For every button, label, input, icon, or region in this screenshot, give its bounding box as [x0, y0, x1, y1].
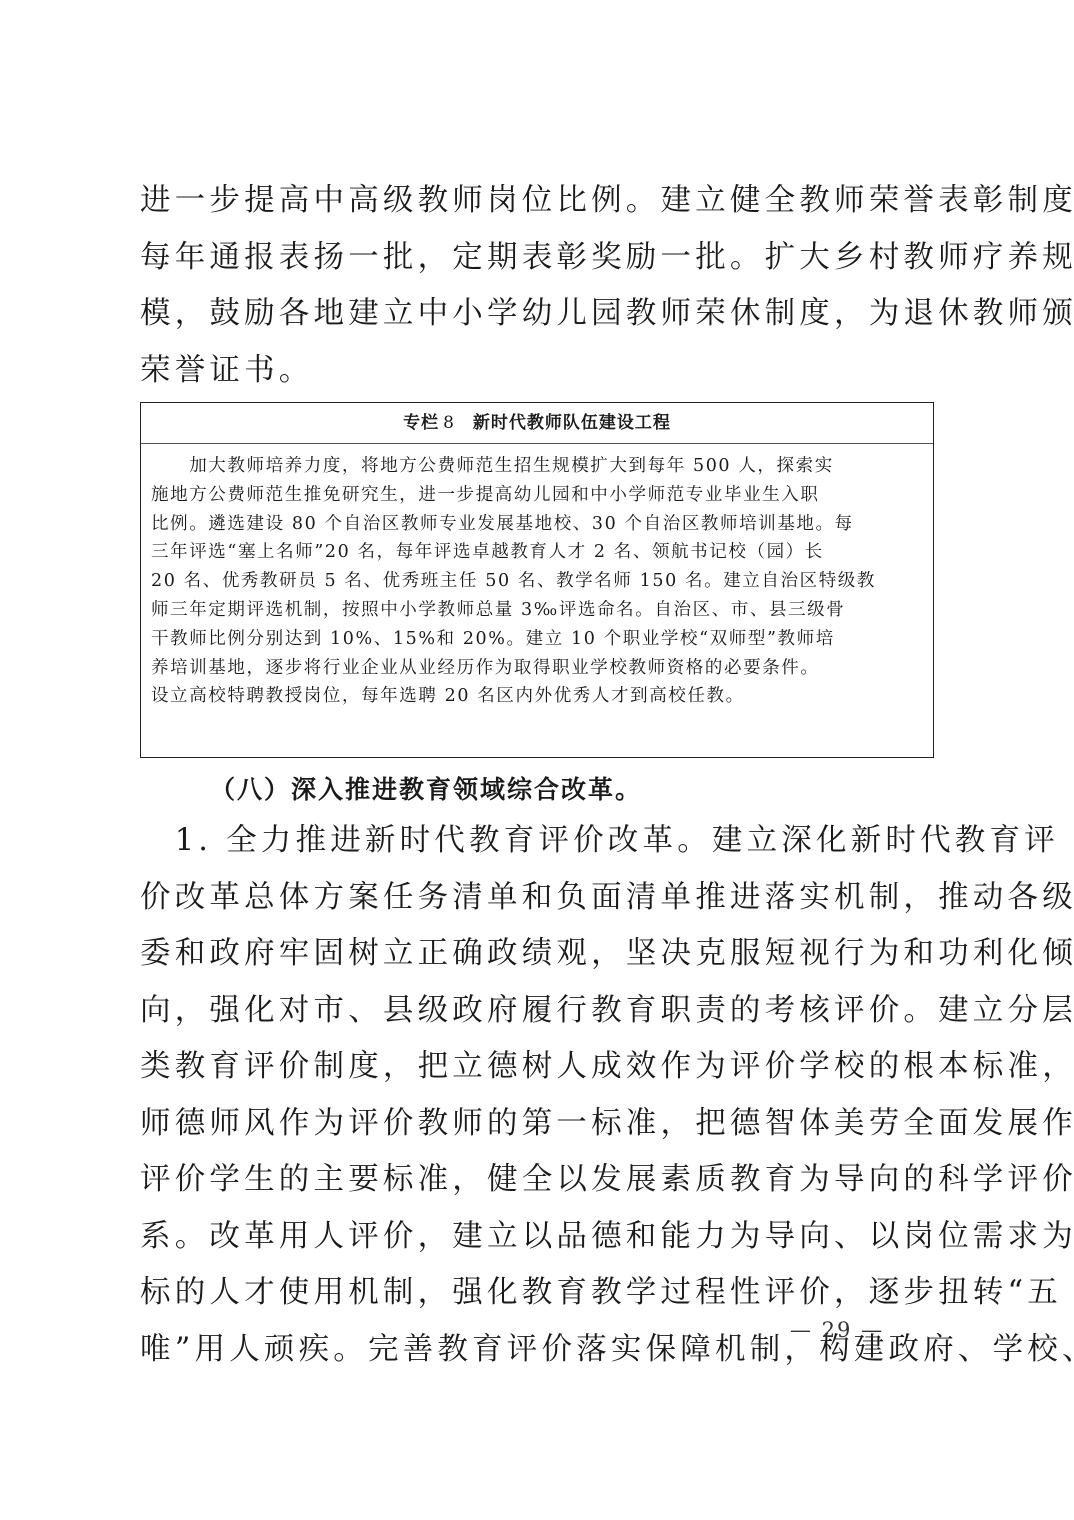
box-text-line: 20 名、优秀教研员 5 名、优秀班主任 50 名、教学名师 150 名。建立自… [151, 567, 925, 596]
section-heading: （八）深入推进教育领域综合改革。 [210, 770, 642, 810]
text-line: 系。改革用人评价，建立以品德和能力为导向、以岗位需求为目 [140, 1209, 936, 1266]
box-text-line: 养培训基地，逐步将行业企业从业经历作为取得职业学校教师资格的必要条件。 [151, 654, 925, 683]
column-label: 专栏 [403, 413, 439, 433]
box-text-line: 比例。遴选建设 80 个自治区教师专业发展基地校、30 个自治区教师培训基地。每 [151, 510, 925, 539]
column-box: 专栏8新时代教师队伍建设工程 加大教师培养力度，将地方公费师范生招生规模扩大到每… [140, 402, 934, 758]
box-text-line: 加大教师培养力度，将地方公费师范生招生规模扩大到每年 500 人，探索实 [151, 452, 925, 481]
column-box-title: 专栏8新时代教师队伍建设工程 [141, 403, 933, 444]
text-line: 价改革总体方案任务清单和负面清单推进落实机制，推动各级党 [140, 870, 936, 927]
column-title: 新时代教师队伍建设工程 [473, 413, 671, 433]
box-text-line: 师三年定期评选机制，按照中小学教师总量 3‰评选命名。自治区、市、县三级骨 [151, 596, 925, 625]
box-text-line: 三年评选“塞上名师”20 名，每年评选卓越教育人才 2 名、领航书记校（园）长 [151, 538, 925, 567]
column-number: 8 [443, 413, 455, 433]
text-line: 向，强化对市、县级政府履行教育职责的考核评价。建立分层分 [140, 983, 936, 1040]
box-text-line: 干教师比例分别达到 10%、15%和 20%。建立 10 个职业学校“双师型”教… [151, 625, 925, 654]
text-line: 1. 全力推进新时代教育评价改革。建立深化新时代教育评 [140, 813, 936, 870]
box-text-line: 设立高校特聘教授岗位，每年选聘 20 名区内外优秀人才到高校任教。 [151, 682, 925, 711]
page-number: — 29 — [790, 1318, 884, 1342]
text-line: 委和政府牢固树立正确政绩观，坚决克服短视行为和功利化倾 [140, 926, 936, 983]
text-line: 进一步提高中高级教师岗位比例。建立健全教师荣誉表彰制度， [140, 173, 936, 230]
document-page: 进一步提高中高级教师岗位比例。建立健全教师荣誉表彰制度， 每年通报表扬一批，定期… [0, 0, 1074, 1520]
text-line: 师德师风作为评价教师的第一标准，把德智体美劳全面发展作为 [140, 1096, 936, 1153]
second-paragraph: 1. 全力推进新时代教育评价改革。建立深化新时代教育评 价改革总体方案任务清单和… [140, 813, 936, 1378]
box-text-line: 施地方公费师范生推免研究生，进一步提高幼儿园和中小学师范专业毕业生入职 [151, 481, 925, 510]
text-line: 荣誉证书。 [140, 343, 936, 400]
text-line: 模，鼓励各地建立中小学幼儿园教师荣休制度，为退休教师颁发 [140, 286, 936, 343]
text-line: 类教育评价制度，把立德树人成效作为评价学校的根本标准，把 [140, 1039, 936, 1096]
text-line: 标的人才使用机制，强化教育教学过程性评价，逐步扭转“五 [140, 1265, 936, 1322]
text-line: 评价学生的主要标准，健全以发展素质教育为导向的科学评价体 [140, 1152, 936, 1209]
top-paragraph: 进一步提高中高级教师岗位比例。建立健全教师荣誉表彰制度， 每年通报表扬一批，定期… [140, 173, 936, 399]
column-box-body: 加大教师培养力度，将地方公费师范生招生规模扩大到每年 500 人，探索实 施地方… [141, 444, 933, 711]
text-line: 每年通报表扬一批，定期表彰奖励一批。扩大乡村教师疗养规 [140, 230, 936, 287]
